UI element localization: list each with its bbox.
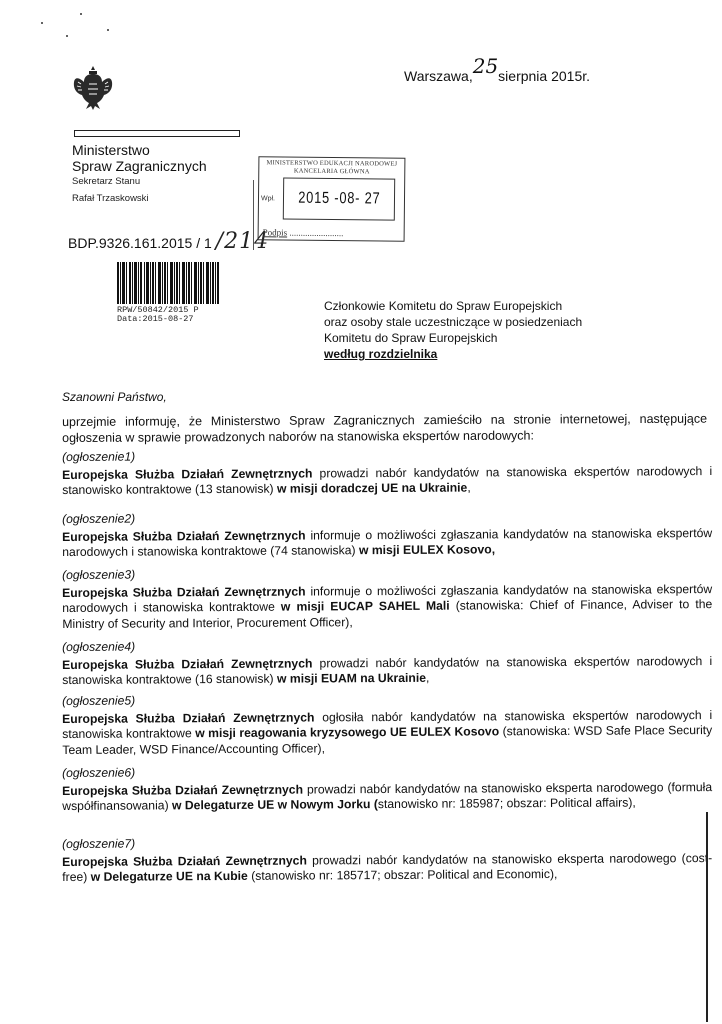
scan-speck (107, 29, 109, 31)
ministry-header-bar (74, 130, 240, 137)
recipient-line1: Członkowie Komitetu do Spraw Europejskic… (324, 298, 582, 314)
intro-paragraph: uprzejmie informuję, że Ministerstwo Spr… (62, 411, 707, 446)
polish-eagle-emblem-icon (72, 62, 114, 112)
reference-number: BDP.9326.161.2015 / 1 /214 (68, 229, 269, 254)
announcement-label: (ogłoszenie7) (62, 833, 712, 852)
stamp-received-label: Wpł. (261, 195, 275, 202)
stamp-signature-label: Podpis (263, 227, 288, 237)
announcement-org: Europejska Służba Działań Zewnętrznych (62, 584, 306, 599)
announcement-label: (ogłoszenie4) (62, 636, 712, 655)
ministry-name-line2: Spraw Zagranicznych (72, 158, 207, 174)
recipient-block: Członkowie Komitetu do Spraw Europejskic… (324, 298, 582, 362)
recipient-line3: Komitetu do Spraw Europejskich (324, 330, 582, 346)
announcement-text-end: , (467, 481, 470, 495)
announcement-mission: w misji doradczej UE na Ukrainie (277, 481, 467, 496)
stamp-signature-line: Podpis ........................ (263, 227, 344, 238)
place: Warszawa, (404, 68, 473, 84)
announcement-mission: w misji EUCAP SAHEL Mali (281, 599, 450, 614)
announcement-org: Europejska Służba Działań Zewnętrznych (62, 466, 312, 482)
announcement-org: Europejska Służba Działań Zewnętrznych (62, 656, 312, 672)
announcement-7: (ogłoszenie7) Europejska Służba Działań … (62, 833, 712, 885)
announcement-3: (ogłoszenie3) Europejska Służba Działań … (62, 564, 712, 632)
ministry-name: Ministerstwo Spraw Zagranicznych (72, 142, 207, 174)
place-and-date: Warszawa,25sierpnia 2015r. (404, 62, 590, 86)
sender-name: Rafał Trzaskowski (72, 193, 149, 204)
stamp-margin-line (253, 180, 254, 250)
stamp-office: KANCELARIA GŁÓWNA (261, 167, 402, 176)
month-year: sierpnia 2015r. (498, 68, 590, 84)
barcode-icon (117, 262, 219, 304)
scan-edge-line (706, 812, 708, 1022)
sender-role: Sekretarz Stanu (72, 176, 140, 187)
announcement-2: (ogłoszenie2) Europejska Służba Działań … (62, 508, 712, 560)
announcement-label: (ogłoszenie2) (62, 508, 712, 527)
announcement-org: Europejska Służba Działań Zewnętrznych (62, 853, 307, 868)
announcement-label: (ogłoszenie3) (62, 564, 712, 583)
announcement-mission: w Delegaturze UE w Nowym Jorku ( (172, 797, 378, 812)
stamp-date-box: 2015 -08- 27 (283, 177, 395, 220)
announcement-label: (ogłoszenie6) (62, 762, 712, 781)
announcement-5: (ogłoszenie5) Europejska Służba Działań … (62, 690, 712, 758)
recipient-distribution: według rozdzielnika (324, 346, 582, 362)
scan-speck (41, 22, 43, 24)
stamp-signature-dots: ........................ (289, 228, 343, 239)
day-handwritten: 25 (473, 54, 498, 78)
announcement-mission: w misji reagowania kryzysowego UE EULEX … (195, 724, 499, 740)
stamp-header: MINISTERSTWO EDUKACJI NARODOWEJ KANCELAR… (261, 159, 402, 176)
announcement-org: Europejska Służba Działań Zewnętrznych (62, 782, 303, 797)
scan-speck (80, 13, 82, 15)
stamp-date: 2015 -08- 27 (298, 190, 380, 209)
scan-speck (66, 35, 68, 37)
announcement-mission: w misji EUAM na Ukrainie (277, 671, 426, 686)
announcement-mission: w Delegaturze UE na Kubie (91, 869, 248, 884)
ministry-name-line1: Ministerstwo (72, 142, 207, 158)
barcode-label: RPW/50842/2015 P Data:2015-08-27 (117, 306, 199, 324)
announcement-label: (ogłoszenie1) (62, 446, 712, 465)
announcement-org: Europejska Służba Działań Zewnętrznych (62, 528, 306, 543)
announcement-label: (ogłoszenie5) (62, 690, 712, 709)
announcement-1: (ogłoszenie1) Europejska Służba Działań … (62, 446, 712, 498)
announcement-4: (ogłoszenie4) Europejska Służba Działań … (62, 636, 712, 688)
announcement-text-end: (stanowisko nr: 185717; obszar: Politica… (248, 867, 558, 883)
barcode-date: Data:2015-08-27 (117, 315, 199, 324)
announcement-org: Europejska Służba Działań Zewnętrznych (62, 710, 314, 726)
reference-typed: BDP.9326.161.2015 / 1 (68, 235, 216, 251)
salutation: Szanowni Państwo, (62, 390, 167, 404)
announcement-6: (ogłoszenie6) Europejska Służba Działań … (62, 762, 712, 814)
received-stamp: MINISTERSTWO EDUKACJI NARODOWEJ KANCELAR… (258, 156, 406, 242)
announcement-text-end: , (426, 671, 429, 685)
announcement-text-end: stanowisko nr: 185987; obszar: Political… (378, 795, 636, 811)
recipient-line2: oraz osoby stale uczestniczące w posiedz… (324, 314, 582, 330)
announcement-mission: w misji EULEX Kosovo, (359, 542, 495, 557)
